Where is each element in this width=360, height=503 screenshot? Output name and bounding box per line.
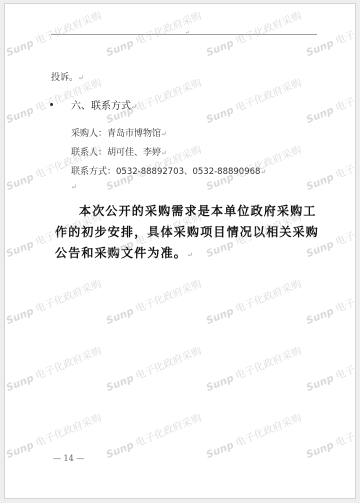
paragraph-mark: ↵ [131, 103, 137, 111]
contact-value: 青岛市博物馆 [107, 129, 161, 139]
watermark: Sunp电子化政府采购 [303, 141, 356, 193]
paragraph-mark: ↵ [78, 74, 84, 82]
watermark: Sunp电子化政府采购 [303, 409, 356, 461]
contact-value: 0532-88892703、0532-88890968 [116, 167, 260, 177]
watermark: Sunp电子化政府采购 [4, 275, 103, 327]
watermark: Sunp电子化政府采购 [303, 7, 356, 59]
watermark: Sunp电子化政府采购 [303, 342, 356, 394]
complaint-text: 投诉。 [51, 73, 78, 83]
watermark: Sunp电子化政府采购 [203, 342, 303, 394]
paragraph-mark: ↵ [161, 149, 167, 157]
watermark: Sunp电子化政府采购 [303, 74, 356, 126]
watermark: Sunp电子化政府采购 [203, 409, 303, 461]
watermark: Sunp电子化政府采购 [203, 7, 303, 59]
watermark: Sunp电子化政府采购 [203, 74, 303, 126]
document-page: ↵ 投诉。↵ 六、联系方式↵ 采购人：青岛市博物馆↵ 联系人：胡可佳、李婷↵ 联… [4, 3, 356, 499]
header-paragraph-mark: ↵ [185, 30, 189, 36]
watermark: Sunp电子化政府采购 [203, 275, 303, 327]
watermark: Sunp电子化政府采购 [103, 275, 203, 327]
contact-row-phone: 联系方式：0532-88892703、0532-88890968↵ [71, 164, 266, 177]
watermark: Sunp电子化政府采购 [4, 342, 103, 394]
header-rule [51, 34, 317, 35]
watermark: Sunp电子化政府采购 [103, 342, 203, 394]
contact-row-purchaser: 采购人：青岛市博物馆↵ [71, 126, 167, 139]
paragraph-mark: ↵ [161, 130, 167, 138]
section-heading-text: 六、联系方式 [71, 101, 131, 112]
complaint-line: 投诉。↵ [51, 70, 84, 83]
contact-label: 采购人： [71, 129, 107, 139]
paragraph-mark: ↵ [260, 168, 266, 176]
watermark: Sunp电子化政府采购 [4, 7, 103, 59]
contact-label: 联系方式： [71, 167, 116, 177]
contact-value: 胡可佳、李婷 [107, 148, 161, 158]
watermark: Sunp电子化政府采购 [103, 409, 203, 461]
contact-label: 联系人： [71, 148, 107, 158]
contact-row-person: 联系人：胡可佳、李婷↵ [71, 145, 167, 158]
body-paragraph: 本次公开的采购需求是本单位政府采购工作的初步安排，具体采购项目情况以相关采购公告… [55, 201, 323, 266]
bullet-icon [50, 103, 53, 106]
section-heading: 六、联系方式↵ [71, 97, 137, 112]
page-number: — 14 — [53, 454, 84, 463]
paragraph-mark: ↵ [187, 251, 194, 259]
empty-paragraph-mark: ↵ [71, 183, 77, 191]
watermark: Sunp电子化政府采购 [303, 275, 356, 327]
